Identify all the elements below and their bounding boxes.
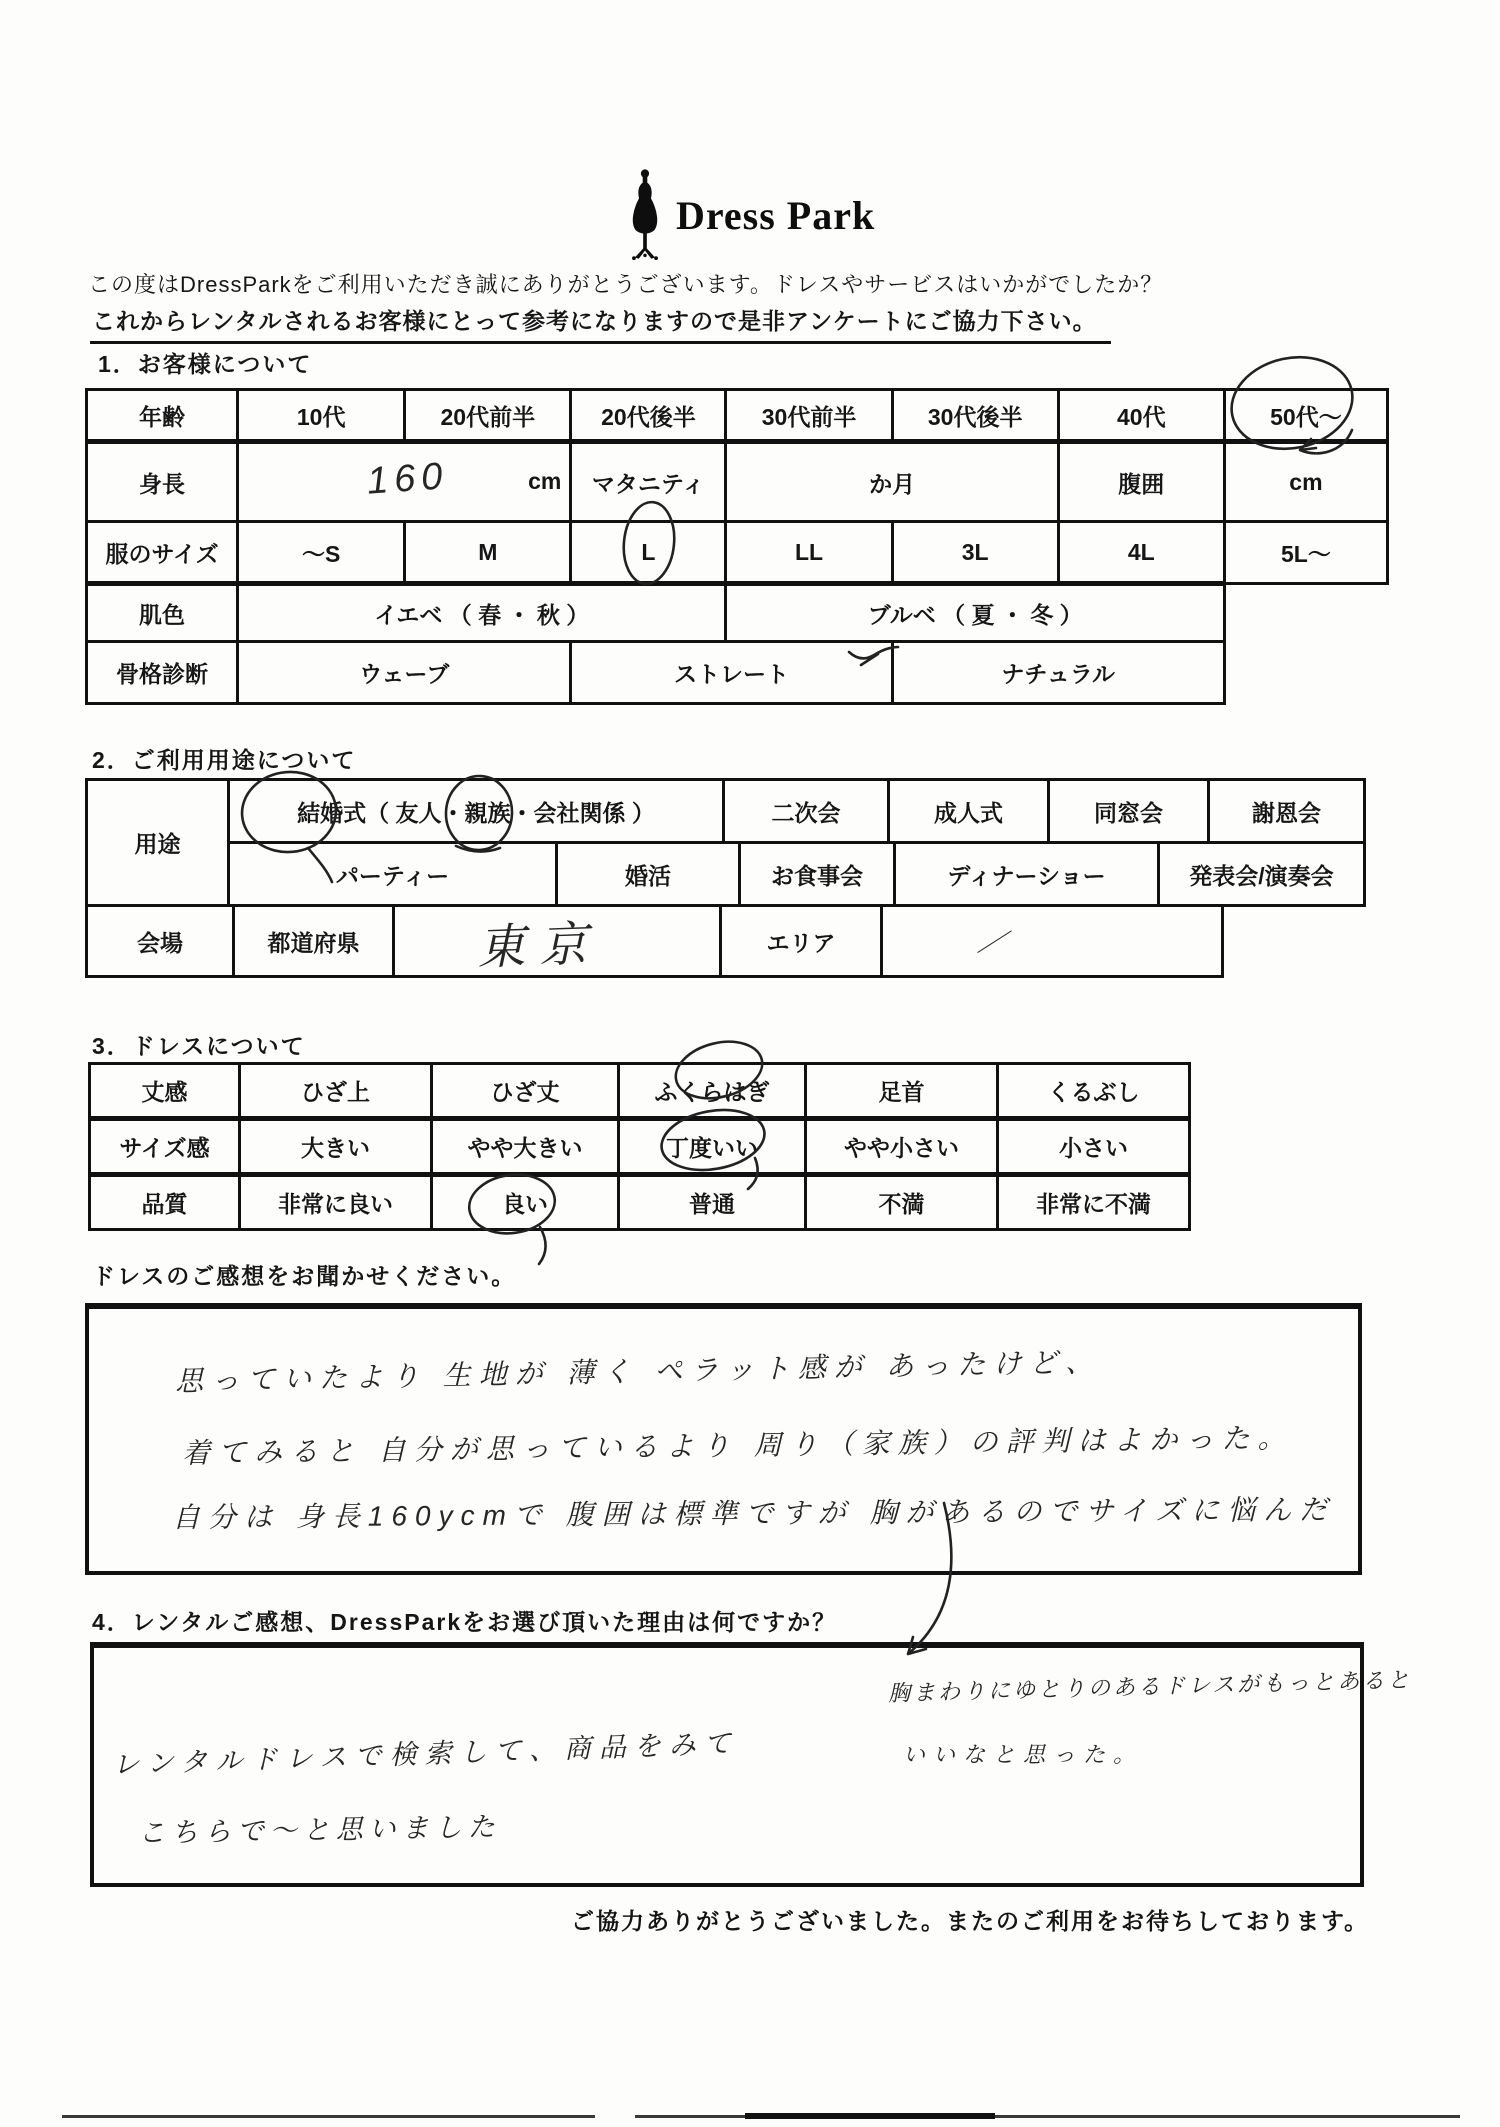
purpose-label: 用途 <box>85 778 230 907</box>
skeleton-option-wave: ウェーブ <box>238 642 571 704</box>
skin-label: 肌色 <box>87 584 238 642</box>
size-option-3l: 3L <box>892 522 1058 584</box>
quality-good: 良い <box>432 1175 619 1230</box>
venue-pref-label: 都道府県 <box>232 904 395 978</box>
intro-line2: これからレンタルされるお客様にとって参考になりますので是非アンケートにご協力下さ… <box>90 303 1111 344</box>
purpose-dinner-party: お食事会 <box>738 841 896 907</box>
purpose-recital: 発表会/演奏会 <box>1157 841 1366 907</box>
size-option-ll: LL <box>726 522 892 584</box>
venue-label: 会場 <box>85 904 235 978</box>
maternity-label: マタニティ <box>571 442 726 522</box>
customer-table: 年齢 10代 20代前半 20代後半 30代前半 30代後半 40代 50代～ … <box>85 388 1389 705</box>
fit-slightly-large: やや大きい <box>432 1119 619 1175</box>
dress-form-icon <box>624 168 666 260</box>
brand-name: Dress Park <box>676 192 875 239</box>
height-value-handwritten: 160 <box>366 455 450 504</box>
brand-logo: Dress Park <box>624 168 875 260</box>
quality-very-good: 非常に良い <box>240 1175 432 1230</box>
quality-normal: 普通 <box>619 1175 806 1230</box>
venue-area-label: エリア <box>719 904 883 978</box>
age-option-40s: 40代 <box>1058 390 1224 442</box>
purpose-afterparty: 二次会 <box>722 778 890 844</box>
age-label: 年齢 <box>87 390 238 442</box>
purpose-wedding: 結婚式（ 友人・親族・会社関係 ） <box>227 778 725 844</box>
fit-large: 大きい <box>240 1119 432 1175</box>
purpose-dinner-show: ディナーショー <box>893 841 1160 907</box>
waist-unit: cm <box>1224 442 1387 522</box>
closing-text: ご協力ありがとうございました。またのご利用をお待ちしております。 <box>571 1903 1369 1936</box>
purpose-konkatsu: 婚活 <box>555 841 741 907</box>
dress-table: 丈感 ひざ上 ひざ丈 ふくらはぎ 足首 くるぶし サイズ感 大きい やや大きい … <box>88 1062 1191 1231</box>
purpose-reunion: 同窓会 <box>1047 778 1210 844</box>
section4-heading: 4．レンタルご感想、DressParkをお選び頂いた理由は何ですか？ <box>92 1604 837 1637</box>
feedback-line-3: 自分は 身長160ycmで 腹囲は標準ですが 胸があるのでサイズに悩んだ <box>172 1488 1335 1536</box>
months-label: か月 <box>726 442 1058 522</box>
skeleton-row-spacer <box>1224 642 1387 704</box>
fit-small: 小さい <box>998 1119 1190 1175</box>
purpose-table: 用途 結婚式（ 友人・親族・会社関係 ） 二次会 成人式 同窓会 謝恩会 パーテ… <box>85 778 1366 978</box>
skin-row-spacer <box>1224 584 1387 642</box>
length-knee: ひざ丈 <box>432 1064 619 1119</box>
purpose-party: パーティー <box>227 841 558 907</box>
age-option-50s: 50代～ <box>1224 390 1387 442</box>
size-option-5l: 5L～ <box>1224 522 1387 584</box>
length-calf: ふくらはぎ <box>619 1064 806 1119</box>
fit-slightly-small: やや小さい <box>806 1119 998 1175</box>
quality-unsatisfied: 不満 <box>806 1175 998 1230</box>
waist-label: 腹囲 <box>1058 442 1224 522</box>
quality-label: 品質 <box>90 1175 240 1230</box>
intro-line1: この度はDressParkをご利用いただき誠にありがとうございます。ドレスやサー… <box>88 268 1163 299</box>
height-label: 身長 <box>87 442 238 522</box>
skeleton-option-natural: ナチュラル <box>892 642 1224 704</box>
fit-label: サイズ感 <box>90 1119 240 1175</box>
age-option-late30s: 30代後半 <box>892 390 1058 442</box>
section2-heading: 2．ご利用用途について <box>92 742 356 775</box>
size-label: 服のサイズ <box>87 522 238 584</box>
age-option-10s: 10代 <box>238 390 405 442</box>
quality-selection-tail <box>539 1227 546 1264</box>
section4-right-line-2: いいなと思った。 <box>903 1738 1143 1769</box>
scan-edge-line <box>62 2115 595 2118</box>
skeleton-label: 骨格診断 <box>87 642 238 704</box>
venue-area-handwritten: ／ <box>976 920 1008 963</box>
fit-just-right: 丁度いい <box>619 1119 806 1175</box>
quality-very-unsatisfied: 非常に不満 <box>998 1175 1190 1230</box>
height-unit: cm <box>528 468 561 495</box>
scan-edge-line-dark <box>745 2113 995 2119</box>
length-above-knee: ひざ上 <box>240 1064 432 1119</box>
venue-pref-answer-cell: 東京 <box>392 904 722 978</box>
purpose-thanksgiving: 謝恩会 <box>1207 778 1366 844</box>
skin-option-yellow: イエベ （ 春 ・ 秋 ） <box>238 584 726 642</box>
skeleton-option-straight: ストレート <box>571 642 892 704</box>
venue-area-answer-cell: ／ <box>880 904 1224 978</box>
age-option-early20s: 20代前半 <box>405 390 571 442</box>
size-option-l: L <box>571 522 726 584</box>
section1-heading: 1．お客様について <box>98 346 312 379</box>
section3-heading: 3．ドレスについて <box>92 1028 306 1061</box>
length-label: 丈感 <box>90 1064 240 1119</box>
feedback-label: ドレスのご感想をお聞かせください。 <box>92 1258 516 1291</box>
length-ankle: 足首 <box>806 1064 998 1119</box>
height-answer-cell: 160 cm <box>238 442 571 522</box>
purpose-coming-of-age: 成人式 <box>887 778 1050 844</box>
section4-left-line-2: こちらで～と思いました <box>138 1805 501 1850</box>
size-option-s: ～S <box>238 522 405 584</box>
skin-option-blue: ブルベ （ 夏 ・ 冬 ） <box>726 584 1224 642</box>
size-option-m: M <box>405 522 571 584</box>
length-anklebone: くるぶし <box>998 1064 1190 1119</box>
age-option-early30s: 30代前半 <box>726 390 892 442</box>
venue-pref-handwritten: 東京 <box>476 904 602 977</box>
size-option-4l: 4L <box>1058 522 1224 584</box>
age-option-late20s: 20代後半 <box>571 390 726 442</box>
